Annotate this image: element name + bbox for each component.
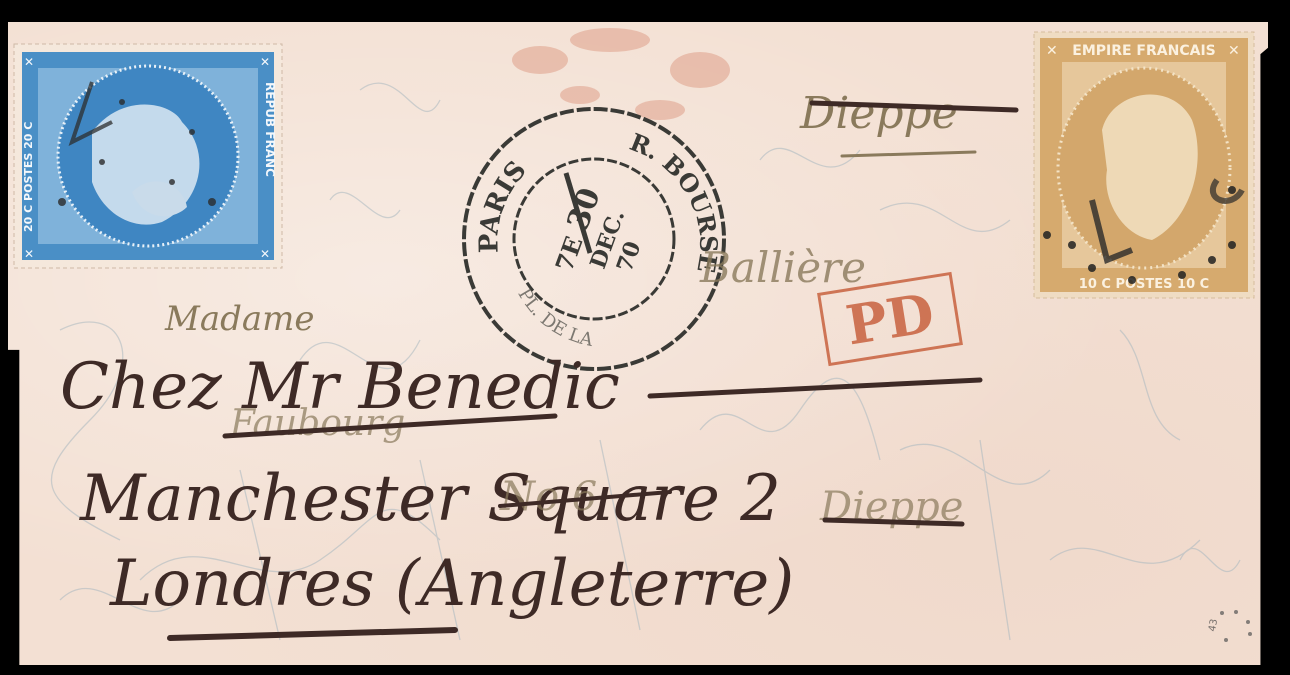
address-line-2: Manchester Square 2: [79, 462, 781, 536]
address-line-3: Londres (Angleterre): [109, 547, 794, 621]
crossed-no6: No 6: [499, 474, 597, 520]
manuscript-address: Dieppe Ballière Madame Faubourg Chez Mr …: [0, 0, 1290, 675]
faint-word: Ballière: [699, 243, 866, 292]
crossed-dieppe-top: Dieppe: [799, 88, 958, 139]
address-line-1: Chez Mr Benedic: [60, 350, 620, 424]
salutation: Madame: [164, 299, 314, 339]
svg-text:43: 43: [1207, 618, 1220, 632]
small-marking: 43: [1207, 610, 1252, 642]
